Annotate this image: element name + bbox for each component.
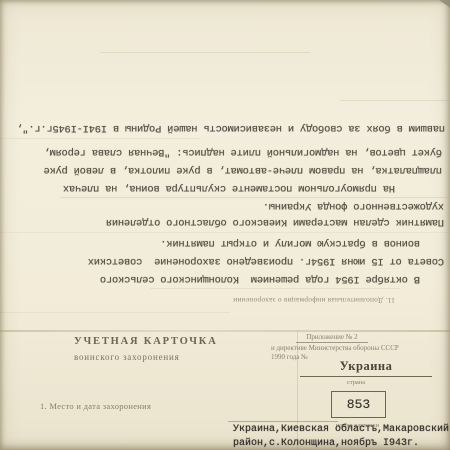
typewritten-line: павшим в боях за свободу и независимость… xyxy=(16,122,445,134)
field1-label: 1. Место и дата захоронения xyxy=(40,401,151,411)
card-title: УЧЕТНАЯ КАРТОЧКА xyxy=(74,336,174,347)
typewritten-line: На прямоугольном постаменте скульптура в… xyxy=(63,182,395,194)
typewritten-line: Совета от I5 июня I954г. произведено зах… xyxy=(88,255,444,267)
annex-number-line: Приложение № 2 xyxy=(296,333,368,343)
scanned-burial-card: 11. Дополнительная информация о захороне… xyxy=(0,0,450,450)
typewritten-line: воинов в братскую могилу и открыт памятн… xyxy=(160,237,420,249)
horizontal-fold-crease xyxy=(0,330,450,332)
upside-down-section: 11. Дополнительная информация о захороне… xyxy=(0,105,450,310)
country-label: страна xyxy=(300,379,412,386)
typewritten-line: букет цветов, на надмогильной плите надп… xyxy=(44,146,442,158)
paper-streak xyxy=(100,52,310,53)
section-11-label: 11. Дополнительная информация о захороне… xyxy=(233,296,395,305)
country-value: Украина xyxy=(300,359,432,377)
typewritten-line: плащпалатка, на правом плече-автомат, в … xyxy=(44,164,442,176)
field1-rule-line xyxy=(228,421,338,422)
typewritten-line: художественного фонда Украины. xyxy=(263,200,444,212)
card-subtitle: воинского захоронения xyxy=(74,352,174,362)
dark-corner-patch xyxy=(437,0,450,8)
card-number-box: 853 xyxy=(331,391,386,418)
field1-value-line1: Украина,Киевская областъ,Макаровский xyxy=(233,424,449,435)
annex-directive-line: и директиве Министерства обороны СССР xyxy=(271,344,399,352)
paper-streak xyxy=(340,100,450,101)
field1-value-line2: район,с.Колонщина,ноябръ I943г. xyxy=(233,438,419,449)
typewritten-line: В октябре I954 года решением Колонщинско… xyxy=(100,273,420,285)
typewritten-line: Памятник сделан мастерами Киевского обла… xyxy=(106,216,444,228)
paper-streak xyxy=(0,312,230,313)
